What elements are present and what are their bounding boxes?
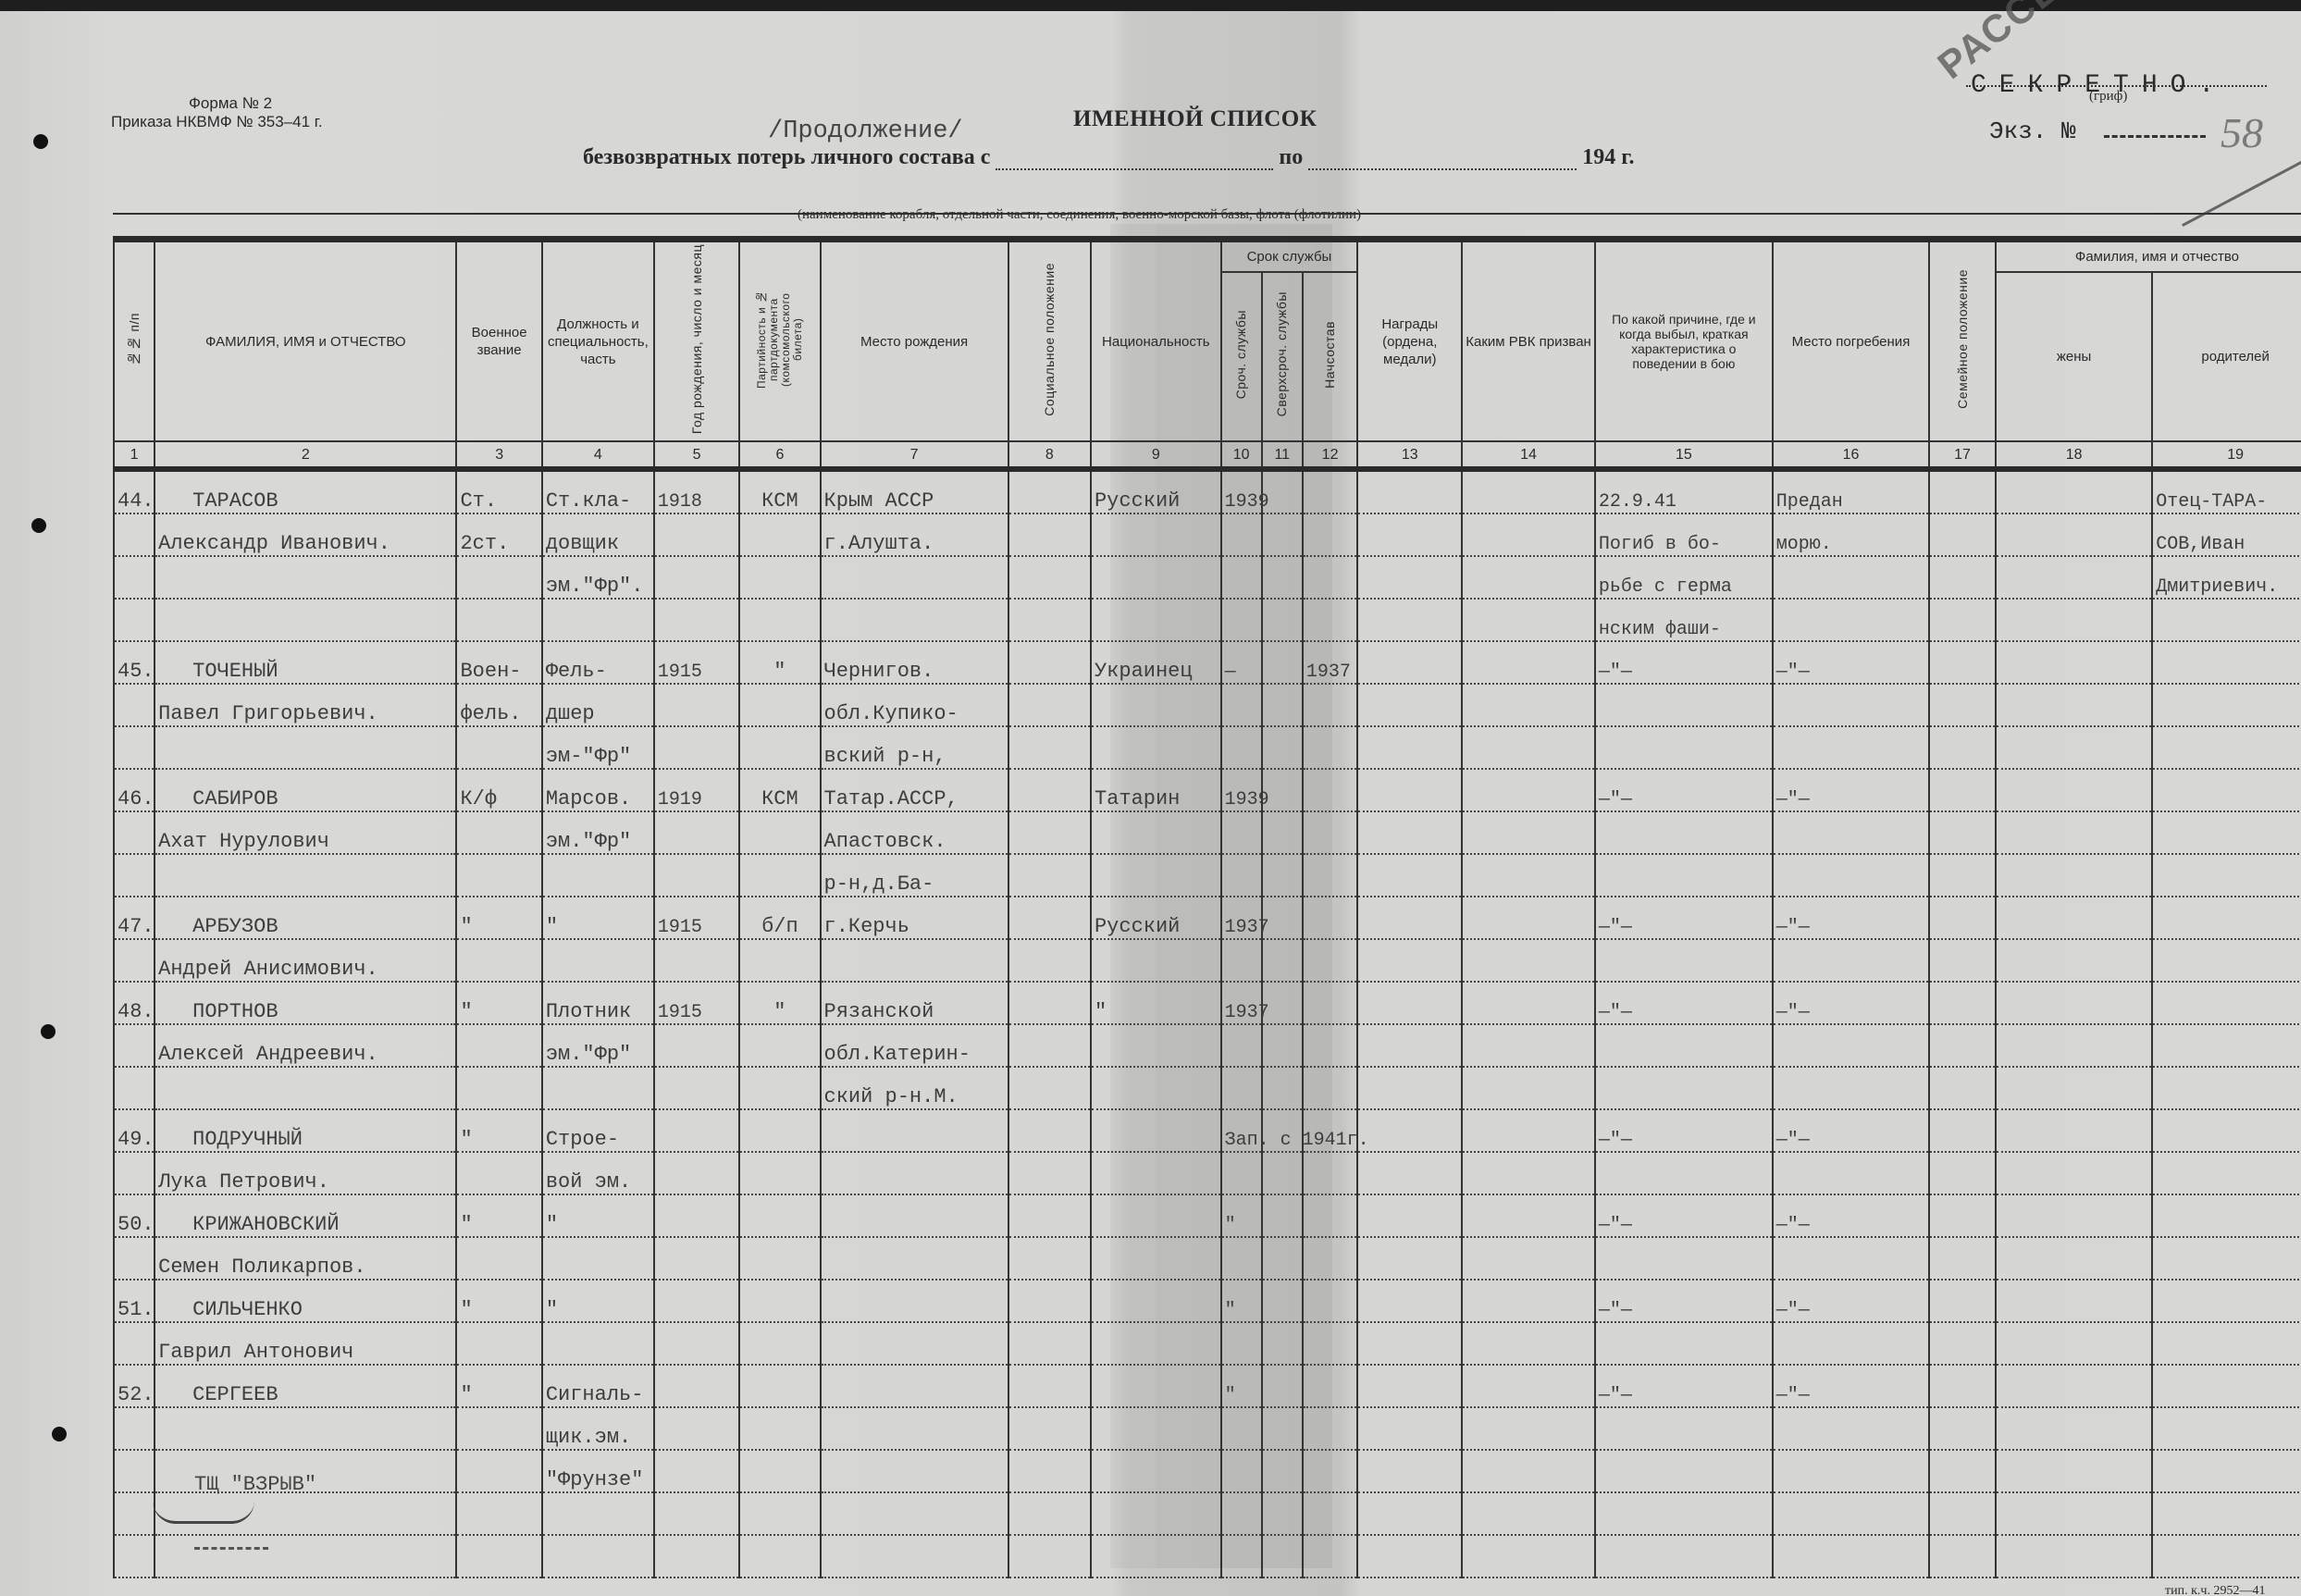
cell-burial	[1773, 1237, 1929, 1280]
cell-parents: Отец-ТАРА-	[2152, 469, 2301, 513]
table-row: 46.САБИРОВК/фМарсов.1919КСМТатар.АССР,Та…	[114, 769, 2301, 811]
cell-reason	[1595, 1322, 1773, 1365]
cell-birthplace	[821, 939, 1008, 982]
cell-parents	[2152, 726, 2301, 769]
col-header-18: жены	[1996, 272, 2152, 441]
cell-position: Плотник	[542, 982, 654, 1024]
cell-birthplace: обл.Купико-	[821, 684, 1008, 726]
cell-position: эм-"Фр"	[542, 726, 654, 769]
cell-party: "	[739, 982, 820, 1024]
cell-burial	[1773, 726, 1929, 769]
cell-rank: "	[456, 1194, 541, 1237]
cell-parents	[2152, 1109, 2301, 1152]
date-to-blank	[1308, 152, 1577, 170]
cell-rank: 2ст.	[456, 513, 541, 556]
cell-position: эм."Фр".	[542, 556, 654, 599]
cell-birthplace: Апастовск.	[821, 811, 1008, 854]
cell-name: ПОРТНОВ	[155, 982, 456, 1024]
cell-parents	[2152, 1067, 2301, 1109]
cell-burial: —"—	[1773, 769, 1929, 811]
col-header-2: ФАМИЛИЯ, ИМЯ и ОТЧЕСТВО	[155, 240, 456, 442]
table-row: 45.ТОЧЕНЫЙВоен-Фель-1915"Чернигов.Украин…	[114, 641, 2301, 684]
cell-service: Зап. с 1941г.	[1221, 1109, 1262, 1152]
cell-reason: —"—	[1595, 769, 1773, 811]
cell-birthplace	[821, 1152, 1008, 1194]
table-row-continuation: эм."Фр".рьбе с гермаДмитриевич.	[114, 556, 2301, 599]
cell-reason	[1595, 1450, 1773, 1492]
cell-parents	[2152, 897, 2301, 939]
col-group-relatives: Фамилия, имя и отчество	[1996, 240, 2301, 273]
cell-birthplace: г.Алушта.	[821, 513, 1008, 556]
cell-reason: Погиб в бо-	[1595, 513, 1773, 556]
punch-hole-icon	[41, 1024, 56, 1039]
table-row-continuation: нским фаши-	[114, 599, 2301, 641]
cell-num: 51.	[114, 1280, 155, 1322]
cell-reason	[1595, 684, 1773, 726]
cell-burial: —"—	[1773, 982, 1929, 1024]
cell-parents	[2152, 684, 2301, 726]
cell-rank: "	[456, 1365, 541, 1407]
order-reference: Приказа НКВМФ № 353–41 г.	[111, 113, 323, 131]
table-row-continuation: щик.эм.	[114, 1407, 2301, 1450]
col-header-9: Национальность	[1091, 240, 1221, 442]
col-header-3: Военное звание	[456, 240, 541, 442]
cell-birth-year: 1918	[654, 469, 739, 513]
cell-officer	[1303, 982, 1358, 1024]
table-row: 52.СЕРГЕЕВ"Сигналь-"—"——"—	[114, 1365, 2301, 1407]
cell-name: АРБУЗОВ	[155, 897, 456, 939]
table-row-continuation: ский р-н.М.	[114, 1067, 2301, 1109]
cell-service: 1939	[1221, 769, 1262, 811]
cell-service: —	[1221, 641, 1262, 684]
cell-reason	[1595, 939, 1773, 982]
cell-name: ПОДРУЧНЫЙ	[155, 1109, 456, 1152]
form-number: Форма № 2	[111, 94, 323, 113]
cell-position: щик.эм.	[542, 1407, 654, 1450]
cell-officer	[1303, 1365, 1358, 1407]
cell-position: "	[542, 897, 654, 939]
cell-rank	[456, 811, 541, 854]
unit-name-caption: (наименование корабля, отдельной части, …	[798, 207, 1361, 223]
table-row-continuation: Гаврил Антонович	[114, 1322, 2301, 1365]
cell-reason: 22.9.41	[1595, 469, 1773, 513]
cell-burial: —"—	[1773, 1280, 1929, 1322]
cell-officer	[1303, 1194, 1358, 1237]
cell-nationality: Украинец	[1091, 641, 1221, 684]
cell-name: КРИЖАНОВСКИЙ	[155, 1194, 456, 1237]
cell-num: 47.	[114, 897, 155, 939]
copy-number: Экз. №	[1989, 118, 2206, 145]
cell-position: вой эм.	[542, 1152, 654, 1194]
cell-rank: "	[456, 1109, 541, 1152]
cell-service: 1939	[1221, 469, 1262, 513]
cell-birthplace: Крым АССР	[821, 469, 1008, 513]
cell-burial	[1773, 939, 1929, 982]
cell-parents: СОВ,Иван	[2152, 513, 2301, 556]
table-row-continuation: "Фрунзе"	[114, 1450, 2301, 1492]
cell-birth-year	[654, 1280, 739, 1322]
cell-num: 46.	[114, 769, 155, 811]
cell-name: САБИРОВ	[155, 769, 456, 811]
cell-reason: —"—	[1595, 1365, 1773, 1407]
cell-reason: —"—	[1595, 1194, 1773, 1237]
cell-birth-year: 1915	[654, 641, 739, 684]
table-row-continuation: Ахат Нуруловичэм."Фр"Апастовск.	[114, 811, 2301, 854]
cell-name: Гаврил Антонович	[155, 1322, 456, 1365]
cell-service: 1937	[1221, 897, 1262, 939]
cell-name: Лука Петрович.	[155, 1152, 456, 1194]
cell-birthplace	[821, 1194, 1008, 1237]
cell-party	[739, 1365, 820, 1407]
cell-nationality	[1091, 1194, 1221, 1237]
cell-burial	[1773, 1024, 1929, 1067]
cell-rank: "	[456, 1280, 541, 1322]
cell-service: "	[1221, 1194, 1262, 1237]
col-header-11: Сверхсроч. службы	[1262, 272, 1303, 441]
cell-position	[542, 939, 654, 982]
cell-name: ТАРАСОВ	[155, 469, 456, 513]
cell-reason	[1595, 1407, 1773, 1450]
table-row-continuation: Андрей Анисимович.	[114, 939, 2301, 982]
cell-reason	[1595, 726, 1773, 769]
cell-parents	[2152, 599, 2301, 641]
cell-parents	[2152, 1237, 2301, 1280]
col-header-19: родителей	[2152, 272, 2301, 441]
cell-officer: 1937	[1303, 641, 1358, 684]
col-header-14: Каким РВК призван	[1462, 240, 1595, 442]
secrecy-caption: (гриф)	[2089, 89, 2127, 105]
cell-name: СИЛЬЧЕНКО	[155, 1280, 456, 1322]
secrecy-strike-line	[1966, 85, 2267, 87]
col-header-15: По какой причине, где и когда выбыл, кра…	[1595, 240, 1773, 442]
subtitle-year: 194 г.	[1582, 145, 1634, 169]
cell-rank	[456, 1067, 541, 1109]
cell-name: Ахат Нурулович	[155, 811, 456, 854]
cell-birthplace	[821, 556, 1008, 599]
cell-rank	[456, 1322, 541, 1365]
cell-name: Павел Григорьевич.	[155, 684, 456, 726]
cell-burial	[1773, 1152, 1929, 1194]
cell-parents: Дмитриевич.	[2152, 556, 2301, 599]
cell-position: "	[542, 1280, 654, 1322]
cell-parents	[2152, 1322, 2301, 1365]
subtitle-prefix: безвозвратных потерь личного состава с	[583, 145, 990, 169]
cell-burial	[1773, 556, 1929, 599]
table-row-continuation: Алексей Андреевич.эм."Фр"обл.Катерин-	[114, 1024, 2301, 1067]
subtitle-mid: по	[1279, 145, 1303, 169]
col-header-13: Награды (ордена, медали)	[1357, 240, 1462, 442]
cell-num: 48.	[114, 982, 155, 1024]
cell-birthplace	[821, 1322, 1008, 1365]
document-title: ИМЕННОЙ СПИСОК	[1073, 106, 1317, 132]
form-reference: Форма № 2 Приказа НКВМФ № 353–41 г.	[111, 94, 323, 131]
cell-rank	[456, 1152, 541, 1194]
col-header-6: Партийность и № партдокумента (комсомоль…	[739, 240, 820, 442]
cell-position: Строе-	[542, 1109, 654, 1152]
cell-name: Алексей Андреевич.	[155, 1024, 456, 1067]
cell-name: СЕРГЕЕВ	[155, 1365, 456, 1407]
cell-parents	[2152, 641, 2301, 684]
date-from-blank	[996, 152, 1273, 170]
cell-rank: "	[456, 897, 541, 939]
cell-name: ТОЧЕНЫЙ	[155, 641, 456, 684]
cell-position: Марсов.	[542, 769, 654, 811]
cell-parents	[2152, 854, 2301, 897]
cell-nationality	[1091, 1280, 1221, 1322]
table-row-continuation: р-н,д.Ба-	[114, 854, 2301, 897]
cell-nationality: Русский	[1091, 897, 1221, 939]
cell-name	[155, 1407, 456, 1450]
col-header-17: Семейное положение	[1929, 240, 1996, 442]
cell-birth-year: 1915	[654, 982, 739, 1024]
cell-party: б/п	[739, 897, 820, 939]
col-header-10: Сроч. службы	[1221, 272, 1262, 441]
cell-nationality	[1091, 1109, 1221, 1152]
cell-rank	[456, 1407, 541, 1450]
cell-birth-year	[654, 1194, 739, 1237]
cell-rank	[456, 599, 541, 641]
print-code: тип. к.ч. 2952—41	[2165, 1584, 2265, 1596]
cell-burial: морю.	[1773, 513, 1929, 556]
cell-birthplace	[821, 1450, 1008, 1492]
cell-party: КСМ	[739, 469, 820, 513]
col-header-16: Место погребения	[1773, 240, 1929, 442]
cell-reason: —"—	[1595, 1280, 1773, 1322]
cell-birthplace: вский р-н,	[821, 726, 1008, 769]
cell-reason	[1595, 854, 1773, 897]
cell-num: 45.	[114, 641, 155, 684]
document-sheet: Форма № 2 Приказа НКВМФ № 353–41 г. /Про…	[0, 11, 2301, 1596]
cell-reason: —"—	[1595, 641, 1773, 684]
table-row-continuation: Александр Иванович.2ст.довщикг.Алушта.По…	[114, 513, 2301, 556]
cell-parents	[2152, 1280, 2301, 1322]
cell-reason: рьбе с герма	[1595, 556, 1773, 599]
cell-burial: —"—	[1773, 1109, 1929, 1152]
cell-burial	[1773, 1407, 1929, 1450]
cell-birthplace: обл.Катерин-	[821, 1024, 1008, 1067]
cell-position	[542, 1322, 654, 1365]
cell-rank	[456, 1024, 541, 1067]
loss-list-table: №№ п/п ФАМИЛИЯ, ИМЯ и ОТЧЕСТВО Военное з…	[113, 236, 2301, 1578]
col-header-12: Начсостав	[1303, 272, 1358, 441]
cell-service: "	[1221, 1280, 1262, 1322]
cell-rank	[456, 1450, 541, 1492]
col-header-8: Социальное положение	[1008, 240, 1091, 442]
cell-nationality: Татарин	[1091, 769, 1221, 811]
cell-burial: —"—	[1773, 641, 1929, 684]
table-row-continuation: Павел Григорьевич.фель.дшеробл.Купико-	[114, 684, 2301, 726]
cell-officer	[1303, 769, 1358, 811]
col-header-4: Должность и специальность, часть	[542, 240, 654, 442]
cell-rank: фель.	[456, 684, 541, 726]
cell-name: Александр Иванович.	[155, 513, 456, 556]
cell-nationality: "	[1091, 982, 1221, 1024]
cell-parents	[2152, 939, 2301, 982]
cell-birthplace: Рязанской	[821, 982, 1008, 1024]
table-row-continuation: эм-"Фр"вский р-н,	[114, 726, 2301, 769]
cell-parents	[2152, 1024, 2301, 1067]
cell-birthplace	[821, 1109, 1008, 1152]
cell-birth-year: 1915	[654, 897, 739, 939]
cell-reason: —"—	[1595, 897, 1773, 939]
cell-reason	[1595, 1237, 1773, 1280]
column-number-row: 123 456 789 101112 131415 161718 19	[114, 441, 2301, 469]
cell-num: 52.	[114, 1365, 155, 1407]
cell-nationality	[1091, 1365, 1221, 1407]
cell-rank	[456, 556, 541, 599]
cell-burial: Предан	[1773, 469, 1929, 513]
table-row-empty	[114, 1535, 2301, 1577]
cell-reason: —"—	[1595, 982, 1773, 1024]
cell-parents	[2152, 769, 2301, 811]
cell-rank: "	[456, 982, 541, 1024]
continuation-label: /Продолжение/	[768, 118, 963, 145]
cell-birthplace	[821, 1280, 1008, 1322]
table-row-continuation: Лука Петрович.вой эм.	[114, 1152, 2301, 1194]
cell-parents	[2152, 1152, 2301, 1194]
cell-birth-year: 1919	[654, 769, 739, 811]
cell-reason	[1595, 1024, 1773, 1067]
cell-position: Фель-	[542, 641, 654, 684]
cell-reason	[1595, 1067, 1773, 1109]
cell-burial	[1773, 1067, 1929, 1109]
cell-birthplace: Татар.АССР,	[821, 769, 1008, 811]
table-row: 50.КРИЖАНОВСКИЙ"""—"——"—	[114, 1194, 2301, 1237]
pencil-sheet-number: 58	[2221, 108, 2263, 157]
document-subtitle: безвозвратных потерь личного состава с п…	[583, 145, 1634, 170]
cell-burial	[1773, 854, 1929, 897]
cell-birth-year	[654, 1365, 739, 1407]
cell-burial	[1773, 599, 1929, 641]
cell-party	[739, 1280, 820, 1322]
cell-officer	[1303, 1280, 1358, 1322]
cell-burial	[1773, 1450, 1929, 1492]
cell-reason	[1595, 1152, 1773, 1194]
cell-rank: Воен-	[456, 641, 541, 684]
footer-brace	[153, 1501, 254, 1524]
col-header-1: №№ п/п	[114, 240, 155, 442]
cell-reason: нским фаши-	[1595, 599, 1773, 641]
punch-hole-icon	[33, 134, 48, 149]
col-group-service-term: Срок службы	[1221, 240, 1358, 273]
table-row: 48.ПОРТНОВ"Плотник1915"Рязанской"1937—"—…	[114, 982, 2301, 1024]
cell-birthplace	[821, 599, 1008, 641]
cell-reason: —"—	[1595, 1109, 1773, 1152]
pencil-stroke	[2182, 159, 2301, 227]
cell-num: 49.	[114, 1109, 155, 1152]
cell-position	[542, 599, 654, 641]
cell-party	[739, 1194, 820, 1237]
table-row: 51.СИЛЬЧЕНКО"""—"——"—	[114, 1280, 2301, 1322]
cell-position: дшер	[542, 684, 654, 726]
cell-birthplace: Чернигов.	[821, 641, 1008, 684]
cell-burial: —"—	[1773, 1365, 1929, 1407]
cell-officer	[1303, 897, 1358, 939]
cell-party	[739, 1109, 820, 1152]
cell-position: эм."Фр"	[542, 1024, 654, 1067]
cell-nationality: Русский	[1091, 469, 1221, 513]
cell-parents	[2152, 1365, 2301, 1407]
cell-officer	[1303, 1109, 1358, 1152]
cell-burial: —"—	[1773, 897, 1929, 939]
col-header-5: Год рождения, число и месяц	[654, 240, 739, 442]
cell-position	[542, 1067, 654, 1109]
cell-parents	[2152, 811, 2301, 854]
cell-burial: —"—	[1773, 1194, 1929, 1237]
cell-birthplace: ский р-н.М.	[821, 1067, 1008, 1109]
punch-hole-icon	[31, 518, 46, 533]
cell-birth-year	[654, 1109, 739, 1152]
cell-position: Сигналь-	[542, 1365, 654, 1407]
cell-birthplace	[821, 1407, 1008, 1450]
table-row-empty	[114, 1492, 2301, 1535]
table-row: 44.ТАРАСОВСт.Ст.кла-1918КСМКрым АССРРусс…	[114, 469, 2301, 513]
cell-rank: К/ф	[456, 769, 541, 811]
cell-rank: Ст.	[456, 469, 541, 513]
cell-num: 44.	[114, 469, 155, 513]
cell-service: "	[1221, 1365, 1262, 1407]
cell-rank	[456, 1237, 541, 1280]
cell-position: "	[542, 1194, 654, 1237]
cell-position: эм."Фр"	[542, 811, 654, 854]
col-header-7: Место рождения	[821, 240, 1008, 442]
cell-party: КСМ	[739, 769, 820, 811]
cell-rank	[456, 854, 541, 897]
cell-position	[542, 854, 654, 897]
footer-dash	[194, 1547, 268, 1550]
table-row: 49.ПОДРУЧНЫЙ"Строе-Зап. с 1941г.—"——"—	[114, 1109, 2301, 1152]
footer-unit-name: ТЩ "ВЗРЫВ"	[194, 1473, 316, 1496]
cell-rank	[456, 939, 541, 982]
cell-rank	[456, 726, 541, 769]
records-body: 44.ТАРАСОВСт.Ст.кла-1918КСМКрым АССРРусс…	[114, 469, 2301, 1577]
cell-officer	[1303, 469, 1358, 513]
cell-name: Семен Поликарпов.	[155, 1237, 456, 1280]
table-row-continuation: Семен Поликарпов.	[114, 1237, 2301, 1280]
cell-reason	[1595, 811, 1773, 854]
cell-parents	[2152, 982, 2301, 1024]
cell-burial	[1773, 1322, 1929, 1365]
cell-position	[542, 1237, 654, 1280]
scan-top-border	[0, 0, 2301, 11]
cell-party: "	[739, 641, 820, 684]
cell-num: 50.	[114, 1194, 155, 1237]
cell-position: "Фрунзе"	[542, 1450, 654, 1492]
cell-parents	[2152, 1194, 2301, 1237]
cell-parents	[2152, 1407, 2301, 1450]
cell-parents	[2152, 1450, 2301, 1492]
cell-name: Андрей Анисимович.	[155, 939, 456, 982]
cell-burial	[1773, 811, 1929, 854]
cell-position: Ст.кла-	[542, 469, 654, 513]
cell-burial	[1773, 684, 1929, 726]
cell-birthplace	[821, 1365, 1008, 1407]
table-row: 47.АРБУЗОВ""1915б/пг.КерчьРусский1937—"—…	[114, 897, 2301, 939]
cell-birthplace: г.Керчь	[821, 897, 1008, 939]
cell-birthplace	[821, 1237, 1008, 1280]
cell-position: довщик	[542, 513, 654, 556]
cell-birthplace: р-н,д.Ба-	[821, 854, 1008, 897]
cell-service: 1937	[1221, 982, 1262, 1024]
punch-hole-icon	[52, 1427, 67, 1441]
